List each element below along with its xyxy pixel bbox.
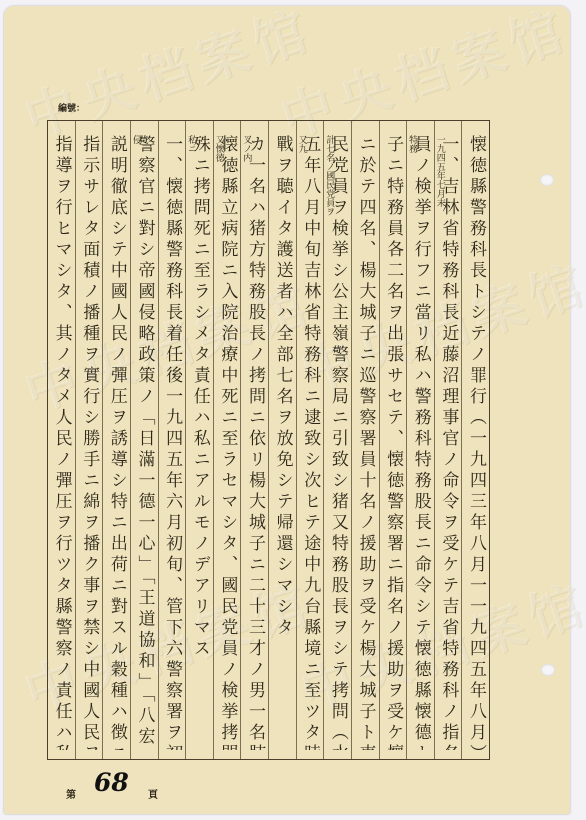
- text-column: 懐徳縣立病院ニ入院治療中死ニ至ラセマシタ、國民党員ノ検挙拷問送致又懐徳: [213, 121, 241, 759]
- text-column: 懐徳縣警務科長トシテノ罪行（一九四三年八月一一九四五年八月）: [461, 121, 489, 759]
- margin-annotation: 又懐徳: [214, 135, 224, 162]
- text-column: 員ノ検挙ヲ行フニ當リ私ハ警務科特務股長ニ命令シテ懐徳縣懐德ト楊大城特務: [406, 121, 434, 759]
- column-text: 員ノ検挙ヲ行フニ當リ私ハ警務科特務股長ニ命令シテ懐徳縣懐德ト楊大城: [407, 135, 434, 750]
- margin-annotation: 叉ノ内: [241, 135, 251, 162]
- punch-hole: [541, 664, 555, 676]
- text-column: 五年八月中旬吉林省特務科ニ逮致シ次ヒテ途中九台縣境ニ至ツタ時日本ノ敗又九: [296, 121, 324, 759]
- text-column: 説明徹底シテ中國人民ノ彈圧ヲ誘導シ特ニ出荷ニ對スル穀種ハ徴ニ於テ: [102, 121, 130, 759]
- text-column: 警察官ニ對シ帝國侵略政策ノ「日滿一德一心」「王道協和」「八宏一宇」ノ主旨ヲ侵: [130, 121, 158, 759]
- margin-annotation: 一九四五年七月末: [435, 135, 445, 207]
- page-number: 68: [94, 768, 129, 797]
- column-text: 懐徳縣警務科長トシテノ罪行（一九四三年八月一一九四五年八月）: [462, 135, 489, 750]
- manuscript-grid: 懐徳縣警務科長トシテノ罪行（一九四三年八月一一九四五年八月）一、吉林省特務科長近…: [47, 120, 490, 760]
- column-text: 説明徹底シテ中國人民ノ彈圧ヲ誘導シ特ニ出荷ニ對スル穀種ハ徴ニ於テ: [103, 135, 130, 750]
- punch-hole: [540, 174, 554, 186]
- column-text: 戰ヲ聴イタ護送者ハ全部七名ヲ放免シテ帰還シマシタ: [269, 135, 296, 750]
- text-column: 殊ニ拷問死ニ至ラシメタ責任ハ私ニアルモノデアリマス私ニ: [185, 121, 213, 759]
- margin-annotation: 私ニ: [186, 135, 196, 153]
- column-text: 殊ニ拷問死ニ至ラシメタ責任ハ私ニアルモノデアリマス: [186, 135, 213, 750]
- text-column: 民党員ヲ検挙シ公主嶺警察局ニ引致シ猪又特務股長ヲシテ拷問（水拷問）一九四計七名ノ…: [323, 121, 351, 759]
- column-text: カ一名ハ猪方特務股長ノ拷問ニ依リ楊大城子ニ二十三才ノ男一名肺結核症ヲ: [241, 135, 268, 750]
- margin-annotation: 計七名ノ國民党員ヲ: [324, 135, 334, 216]
- margin-annotation: 特務: [407, 135, 417, 153]
- column-text: 警察官ニ對シ帝國侵略政策ノ「日滿一德一心」「王道協和」「八宏一宇」ノ主旨ヲ: [131, 135, 158, 750]
- text-column: 一、懐徳縣警務科長着任後一九四五年六月初旬、管下六警察署ヲ初度巡視シテ部下: [158, 121, 186, 759]
- text-column: 一、吉林省特務科長近藤沼理事官ノ命令ヲ受ケテ吉省特務科ノ指名手配中國人國民党一九…: [434, 121, 462, 759]
- column-text: 一、吉林省特務科長近藤沼理事官ノ命令ヲ受ケテ吉省特務科ノ指名手配中國人國民党: [435, 135, 462, 750]
- column-text: 指導ヲ行ヒマシタ、其ノタメ人民ノ彈圧ヲ行ツタ縣警察ノ責任ハ私ニアルモノデアリマス: [48, 135, 75, 750]
- column-text: 懐徳縣立病院ニ入院治療中死ニ至ラセマシタ、國民党員ノ検挙拷問送致: [214, 135, 241, 750]
- column-text: 指示サレタ面積ノ播種ヲ實行シ勝手ニ綿ヲ播ク事ヲ禁シ中國人民ヲ圧迫スル: [76, 135, 103, 750]
- column-text: 子ニ特務員各二名ヲ出張サセテ、懐徳警察署ニ指名ノ援助ヲ受ケ懐徳城内縣ノ家宅: [380, 135, 407, 750]
- text-column: 子ニ特務員各二名ヲ出張サセテ、懐徳警察署ニ指名ノ援助ヲ受ケ懐徳城内縣ノ家宅: [379, 121, 407, 759]
- text-column: 指示サレタ面積ノ播種ヲ實行シ勝手ニ綿ヲ播ク事ヲ禁シ中國人民ヲ圧迫スル: [75, 121, 103, 759]
- page-prefix: 第: [66, 786, 76, 801]
- column-text: 五年八月中旬吉林省特務科ニ逮致シ次ヒテ途中九台縣境ニ至ツタ時日本ノ敗: [297, 135, 324, 750]
- text-column: 戰ヲ聴イタ護送者ハ全部七名ヲ放免シテ帰還シマシタ: [268, 121, 296, 759]
- column-text: 民党員ヲ検挙シ公主嶺警察局ニ引致シ猪又特務股長ヲシテ拷問（水拷問）一九四: [324, 135, 351, 750]
- margin-annotation: 又九: [297, 135, 307, 153]
- page-suffix: 頁: [148, 786, 158, 801]
- text-column: カ一名ハ猪方特務股長ノ拷問ニ依リ楊大城子ニ二十三才ノ男一名肺結核症ヲ叉ノ内: [240, 121, 268, 759]
- column-text: ニ於テ四名、楊大城子ニ巡警察署員十名ノ援助ヲ受ケ楊大城子ト東方部落ニ於テ三名ノ中…: [352, 135, 379, 750]
- column-text: 一、懐徳縣警務科長着任後一九四五年六月初旬、管下六警察署ヲ初度巡視シテ部下: [159, 135, 186, 750]
- text-column: 指導ヲ行ヒマシタ、其ノタメ人民ノ彈圧ヲ行ツタ縣警察ノ責任ハ私ニアルモノデアリマス: [48, 121, 75, 759]
- margin-annotation: 侵: [131, 135, 141, 144]
- serial-number-label: 編號：: [58, 101, 85, 114]
- text-column: ニ於テ四名、楊大城子ニ巡警察署員十名ノ援助ヲ受ケ楊大城子ト東方部落ニ於テ三名ノ中…: [351, 121, 379, 759]
